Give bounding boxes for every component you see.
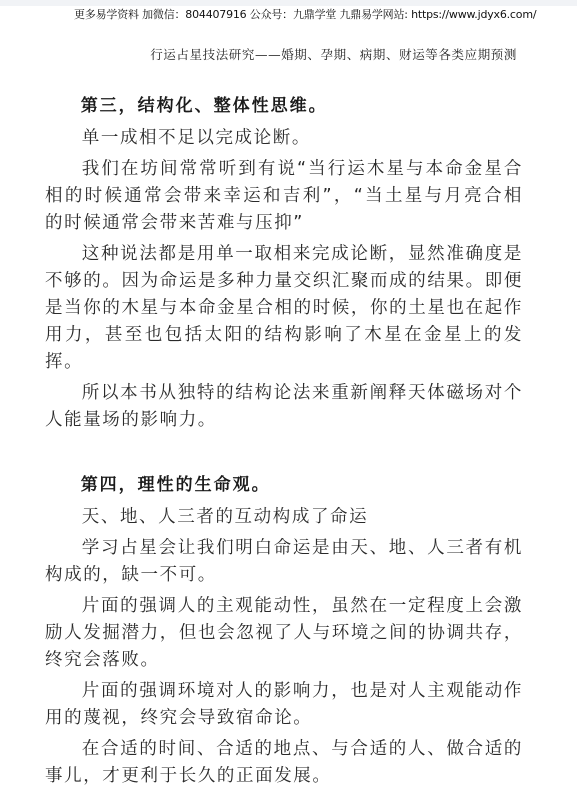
paragraph: 学习占星会让我们明白命运是由天、地、人三者有机构成的，缺一不可。	[45, 535, 523, 589]
paragraph: 片面的强调环境对人的影响力，也是对人主观能动作用的蔑视，终究会导致宿命论。	[45, 678, 523, 732]
paragraph: 所以本书从独特的结构论法来重新阐释天体磁场对个人能量场的影响力。	[45, 380, 523, 434]
page-content: 第三，结构化、整体性思维。 单一成相不足以完成论断。 我们在坊间常常听到有说“当…	[45, 93, 523, 794]
section-spacer	[45, 438, 523, 472]
section-3: 第三，结构化、整体性思维。 单一成相不足以完成论断。 我们在坊间常常听到有说“当…	[45, 93, 523, 434]
paragraph: 这种说法都是用单一取相来完成论断，显然准确度是不够的。因为命运是多种力量交织汇聚…	[45, 241, 523, 376]
section-4: 第四，理性的生命观。 天、地、人三者的互动构成了命运 学习占星会让我们明白命运是…	[45, 472, 523, 790]
section-heading: 第三，结构化、整体性思维。	[45, 93, 523, 120]
paragraph: 单一成相不足以完成论断。	[45, 125, 523, 152]
paragraph: 天、地、人三者的互动构成了命运	[45, 504, 523, 531]
watermark-text: 更多易学资料 加微信：804407916 公众号：九鼎学堂 九鼎易学网站: ht…	[74, 6, 536, 22]
paragraph: 在合适的时间、合适的地点、与合适的人、做合适的事儿，才更利于长久的正面发展。	[45, 736, 523, 790]
section-heading: 第四，理性的生命观。	[45, 472, 523, 499]
running-header: 行运占星技法研究——婚期、孕期、病期、财运等各类应期预测	[150, 45, 517, 63]
paragraph: 片面的强调人的主观能动性，虽然在一定程度上会激励人发掘潜力，但也会忽视了人与环境…	[45, 593, 523, 674]
paragraph: 我们在坊间常常听到有说“当行运木星与本命金星合相的时候通常会带来幸运和吉利”，“…	[45, 156, 523, 237]
